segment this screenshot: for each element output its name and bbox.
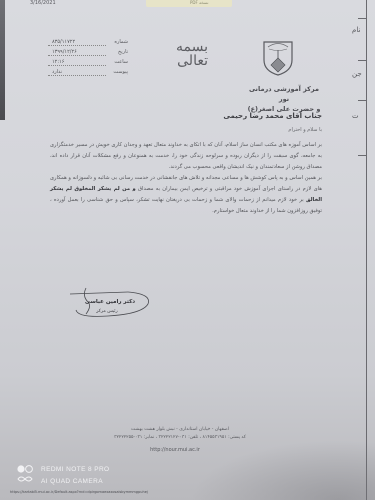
letter-body: بر اساس آموزه های مکتب انسان ساز اسلام، … xyxy=(50,140,322,217)
addressee: جناب آقای محمد رضا رحیمی xyxy=(160,112,322,120)
margin-tick xyxy=(358,100,367,101)
organization-name: مرکز آموزشی درمانی نور و حضرت علی اصغر(ع… xyxy=(244,84,324,114)
margin-label: نام xyxy=(352,26,360,34)
print-date: 3/16/2021 xyxy=(30,0,56,6)
margin-tick xyxy=(358,155,367,156)
margin-label: جن xyxy=(352,70,362,78)
margin-tick xyxy=(358,60,367,61)
signatory-name: دکتر رامین عباسی xyxy=(80,299,140,305)
margin-tick xyxy=(358,18,367,19)
paragraph-1: بر اساس آموزه های مکتب انسان ساز اسلام، … xyxy=(50,140,322,173)
letter-meta: شماره ۸۳۵/۱۱۷۲۲ تاریخ ۱۳۹۹/۱۲/۲۶ ساعت ۱۲… xyxy=(48,39,128,79)
greeting: با سلام و احترام xyxy=(200,127,322,133)
university-logo-icon xyxy=(262,38,294,76)
meta-time: ساعت ۱۲:۱۶ xyxy=(48,59,128,69)
pdf-tab[interactable]: PDF نسخه xyxy=(146,0,232,7)
meta-attachment: پیوست ندارد xyxy=(48,69,128,79)
signatory-title: رئیس مرکز xyxy=(82,309,132,314)
margin-rule xyxy=(366,0,367,500)
watermark-line2: AI QUAD CAMERA xyxy=(41,476,110,488)
meta-date: تاریخ ۱۳۹۹/۱۲/۲۶ xyxy=(48,49,128,59)
paragraph-2: بر همین اساس و به پاس کوشش ها و مساعی مج… xyxy=(50,173,322,217)
watermark-line1: REDMI NOTE 8 PRO xyxy=(41,464,110,476)
photo-shadow xyxy=(190,440,375,500)
browser-footer-url: https://kartabl5.mui.ac.ir/Default.aspx?… xyxy=(10,490,148,494)
camera-brand-icon xyxy=(16,464,36,484)
photo-left-edge xyxy=(0,0,5,120)
meta-number: شماره ۸۳۵/۱۱۷۲۲ xyxy=(48,39,128,49)
margin-label: ت xyxy=(352,112,359,120)
bismillah-calligraphy: بسمه تعالی xyxy=(168,40,208,74)
